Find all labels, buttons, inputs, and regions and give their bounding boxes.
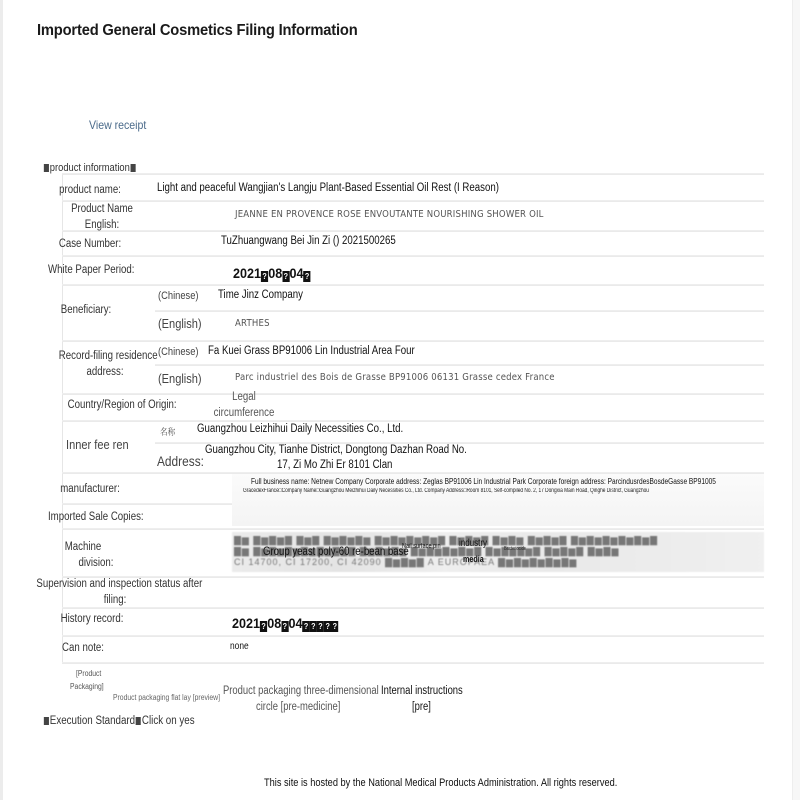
case-number-value: TuZhuangwang Bei Jin Zi () 2021500265 — [221, 235, 396, 247]
row-divider — [62, 635, 764, 637]
day: 04 — [288, 615, 302, 631]
month: 08 — [268, 265, 282, 281]
month: 08 — [267, 615, 281, 631]
view-receipt-link[interactable]: View receipt — [89, 118, 146, 132]
supervision-status-label-line2: filing: — [86, 592, 145, 608]
beneficiary-chinese-tag: (Chinese) — [158, 290, 199, 302]
imported-sale-copies-label: Imported Sale Copies: — [48, 509, 132, 525]
case-number-label: Case Number: — [56, 236, 123, 252]
row-divider — [62, 173, 764, 175]
white-paper-period-value: 2021?08?04? — [233, 265, 311, 282]
beneficiary-chinese-value: Time Jinz Company — [218, 289, 303, 301]
product-name-en-label-line2: English: — [68, 217, 135, 233]
packaging-label-line1: [Product — [76, 669, 101, 678]
history-record-value: 2021?08?04????? — [232, 615, 338, 632]
beneficiary-english-tag: (English) — [158, 316, 202, 331]
row-divider — [62, 393, 764, 395]
bracket-glyph-icon — [131, 164, 136, 172]
row-divider — [62, 230, 764, 232]
day: 04 — [289, 265, 303, 281]
agent-name-value: Guangzhou Leizhihui Daily Necessities Co… — [197, 423, 403, 435]
row-divider — [155, 310, 764, 312]
product-name-label: product name: — [56, 182, 123, 198]
packaging-3d-line1[interactable]: Product packaging three-dimensional — [223, 685, 379, 697]
unknown-glyph-icon: ? — [310, 621, 317, 632]
row-divider — [62, 340, 764, 342]
formula-overlay-main: Group yeast poly-60 re-bean base — [263, 544, 409, 558]
year: 2021 — [233, 265, 261, 281]
unknown-glyph-icon: ? — [331, 621, 338, 632]
execution-standard-title: Execution Standard — [50, 715, 135, 727]
manufacturer-label: manufacturer: — [56, 481, 123, 497]
packaging-label-line2: Packaging] — [70, 682, 104, 691]
packaging-3d-line2[interactable]: circle [pre-medicine] — [256, 701, 340, 713]
agent-address-line1: Guangzhou City, Tianhe District, Dongton… — [205, 444, 467, 456]
formula-overlay-media: media — [463, 554, 484, 564]
packaging-flat-lay-link[interactable]: Product packaging flat lay [preview] — [113, 693, 220, 702]
footer-copyright: This site is hosted by the National Medi… — [264, 777, 617, 789]
bracket-glyph-icon — [136, 717, 141, 725]
agent-name-tag: 名称 — [160, 425, 175, 438]
row-divider — [62, 255, 764, 257]
product-name-en-value: JEANNE EN PROVENCE ROSE ENVOUTANTE NOURI… — [235, 209, 544, 220]
manufacturer-line2: GracedexFrance□Company Name□Guangzhou Me… — [243, 488, 649, 494]
residence-chinese-tag: (Chinese) — [158, 346, 199, 358]
execution-standard-link[interactable]: Click on yes — [142, 715, 195, 727]
beneficiary-label: Beneficiary: — [52, 302, 119, 318]
can-note-label: Can note: — [55, 640, 110, 656]
row-divider — [62, 200, 764, 202]
unknown-glyph-icon: ? — [302, 621, 309, 632]
residence-address-label-line2: address: — [59, 364, 151, 380]
internal-instructions-line1[interactable]: Internal instructions — [381, 685, 463, 697]
row-divider — [62, 420, 764, 422]
bracket-glyph-icon — [44, 717, 49, 725]
row-divider — [155, 364, 764, 366]
scrollbar-track[interactable] — [792, 0, 800, 800]
year: 2021 — [232, 615, 260, 631]
history-record-label: History record: — [57, 611, 128, 627]
agent-address-line2: 17, Zi Mo Zhi Er 8101 Clan — [277, 459, 392, 471]
unknown-glyph-icon: ? — [317, 621, 324, 632]
residence-english-value: Parc industriel des Bois de Grasse BP910… — [235, 372, 555, 383]
eu-fragment: A EUROPAEA — [428, 557, 495, 567]
white-paper-period-label: White Paper Period: — [48, 262, 132, 278]
supervision-status-label-line1: Supervision and inspection status after — [36, 576, 187, 592]
can-note-value: none — [230, 641, 249, 652]
page-title: Imported General Cosmetics Filing Inform… — [37, 22, 358, 40]
formula-row: CI 14700, CI 17200, CI 42090 ▇▆▇▆▇ A EUR… — [234, 557, 762, 568]
section-execution-standard: Execution StandardClick on yes — [43, 715, 195, 727]
row-divider — [62, 607, 764, 609]
row-divider — [62, 284, 764, 286]
manufacturer-line1: Full business name: Netnew Company Corpo… — [251, 477, 716, 486]
machine-division-label-line1: Machine — [62, 539, 104, 555]
left-border — [0, 0, 3, 800]
formula-overlay-small: Nail surface pin — [402, 543, 441, 550]
bracket-glyph-icon — [44, 164, 49, 172]
formula-overlay-tiny: Bacteriocide — [504, 546, 526, 552]
country-origin-value-line1: Legal — [219, 389, 269, 405]
product-name-en-label-line1: Product Name — [68, 201, 135, 217]
country-origin-value-line2: circumference — [210, 405, 277, 421]
residence-chinese-value: Fa Kuei Grass BP91006 Lin Industrial Are… — [208, 345, 415, 357]
internal-instructions-line2[interactable]: [pre] — [412, 701, 431, 713]
unknown-glyph-icon: ? — [281, 621, 288, 632]
ci-code: CI 14700 — [234, 557, 279, 567]
unknown-glyph-icon: ? — [324, 621, 331, 632]
row-divider — [62, 528, 764, 530]
domestic-agent-label: Inner fee ren — [66, 437, 129, 452]
unknown-glyph-icon: ? — [303, 271, 310, 282]
agent-address-tag: Address: — [157, 453, 204, 469]
beneficiary-english-value: ARTHES — [235, 318, 270, 329]
country-origin-label: Country/Region of Origin: — [68, 397, 169, 413]
row-divider — [62, 662, 764, 664]
product-name-value: Light and peaceful Wangjian's Langju Pla… — [157, 182, 499, 194]
residence-english-tag: (English) — [158, 371, 202, 386]
formula-overlay-industry: industry — [459, 538, 487, 549]
ci-code: CI 17200 — [286, 557, 331, 567]
ci-code: CI 42090 — [337, 557, 382, 567]
unknown-glyph-icon: ? — [282, 271, 289, 282]
residence-address-label-line1: Record-filing residence — [59, 348, 151, 364]
machine-division-label-line2: division: — [64, 555, 128, 571]
